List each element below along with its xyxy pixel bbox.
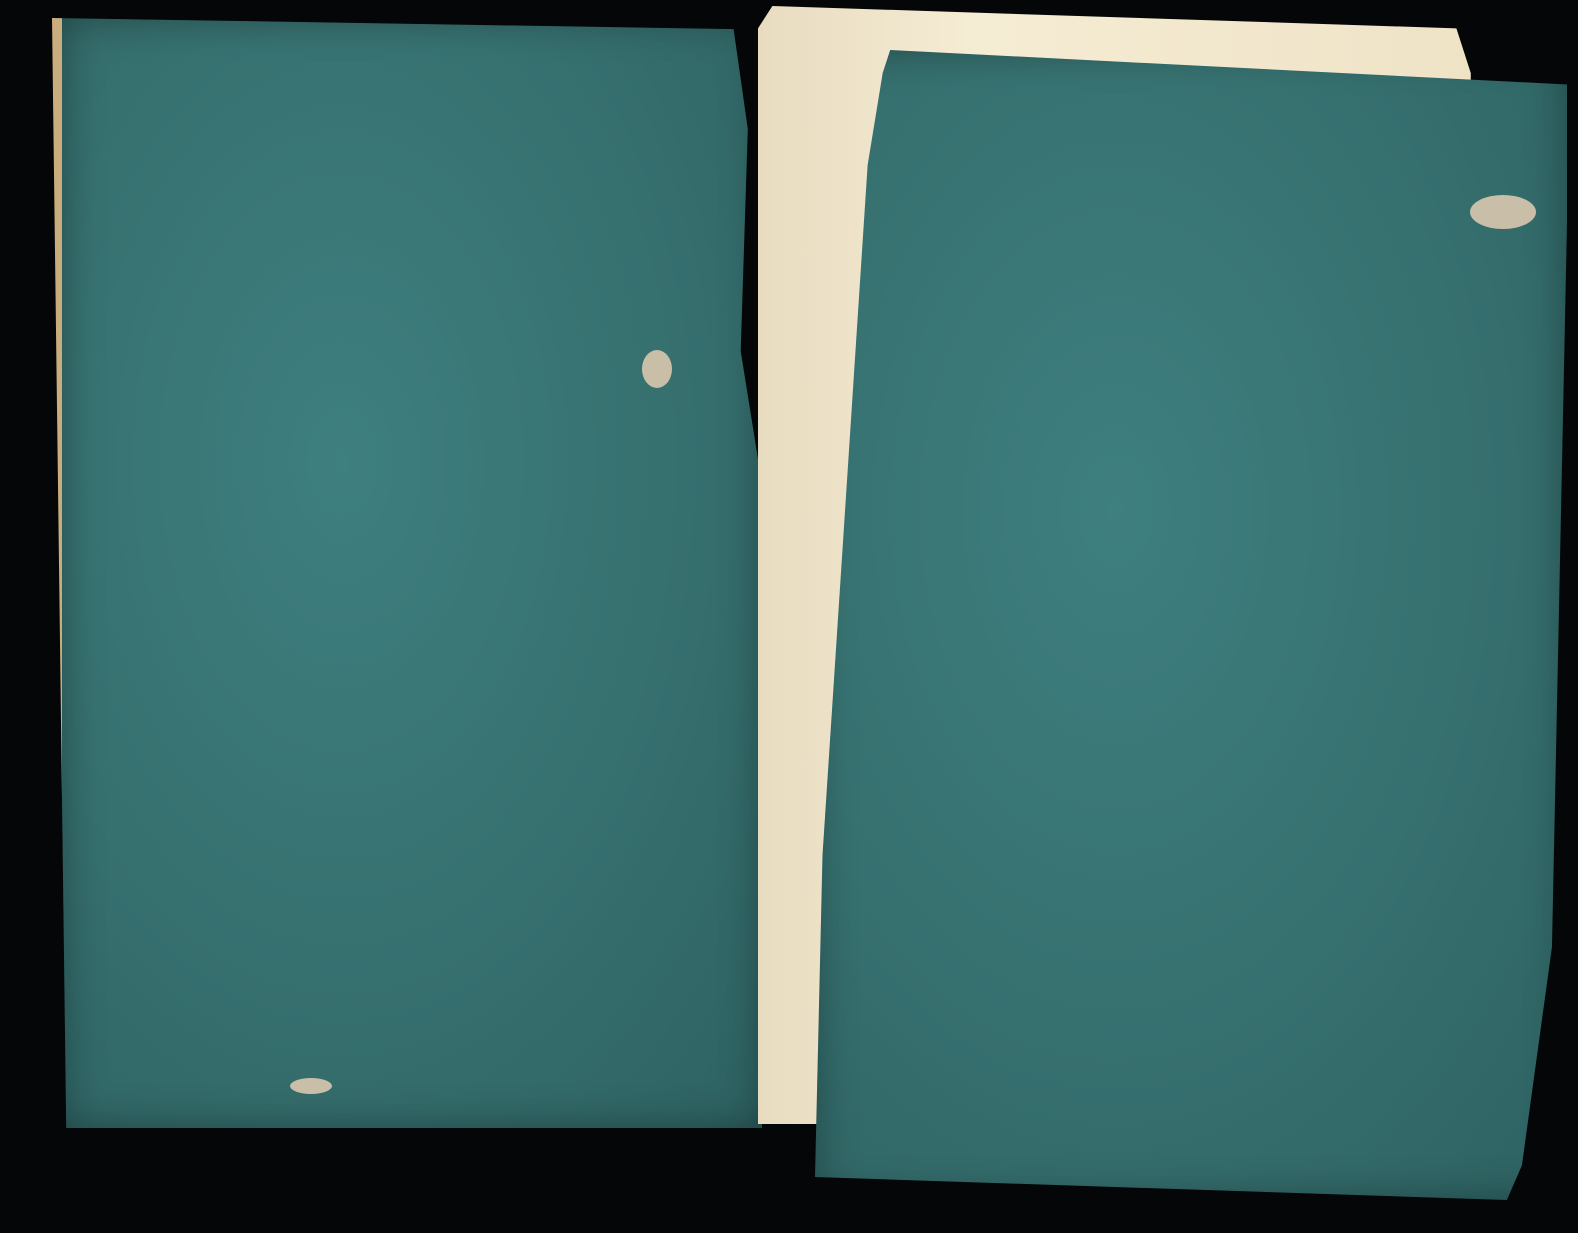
worn-spot	[642, 350, 672, 388]
worn-spot	[1470, 195, 1536, 229]
book-left-cover	[52, 18, 762, 1128]
book-right-cover	[815, 50, 1567, 1200]
worn-spot	[290, 1078, 332, 1094]
